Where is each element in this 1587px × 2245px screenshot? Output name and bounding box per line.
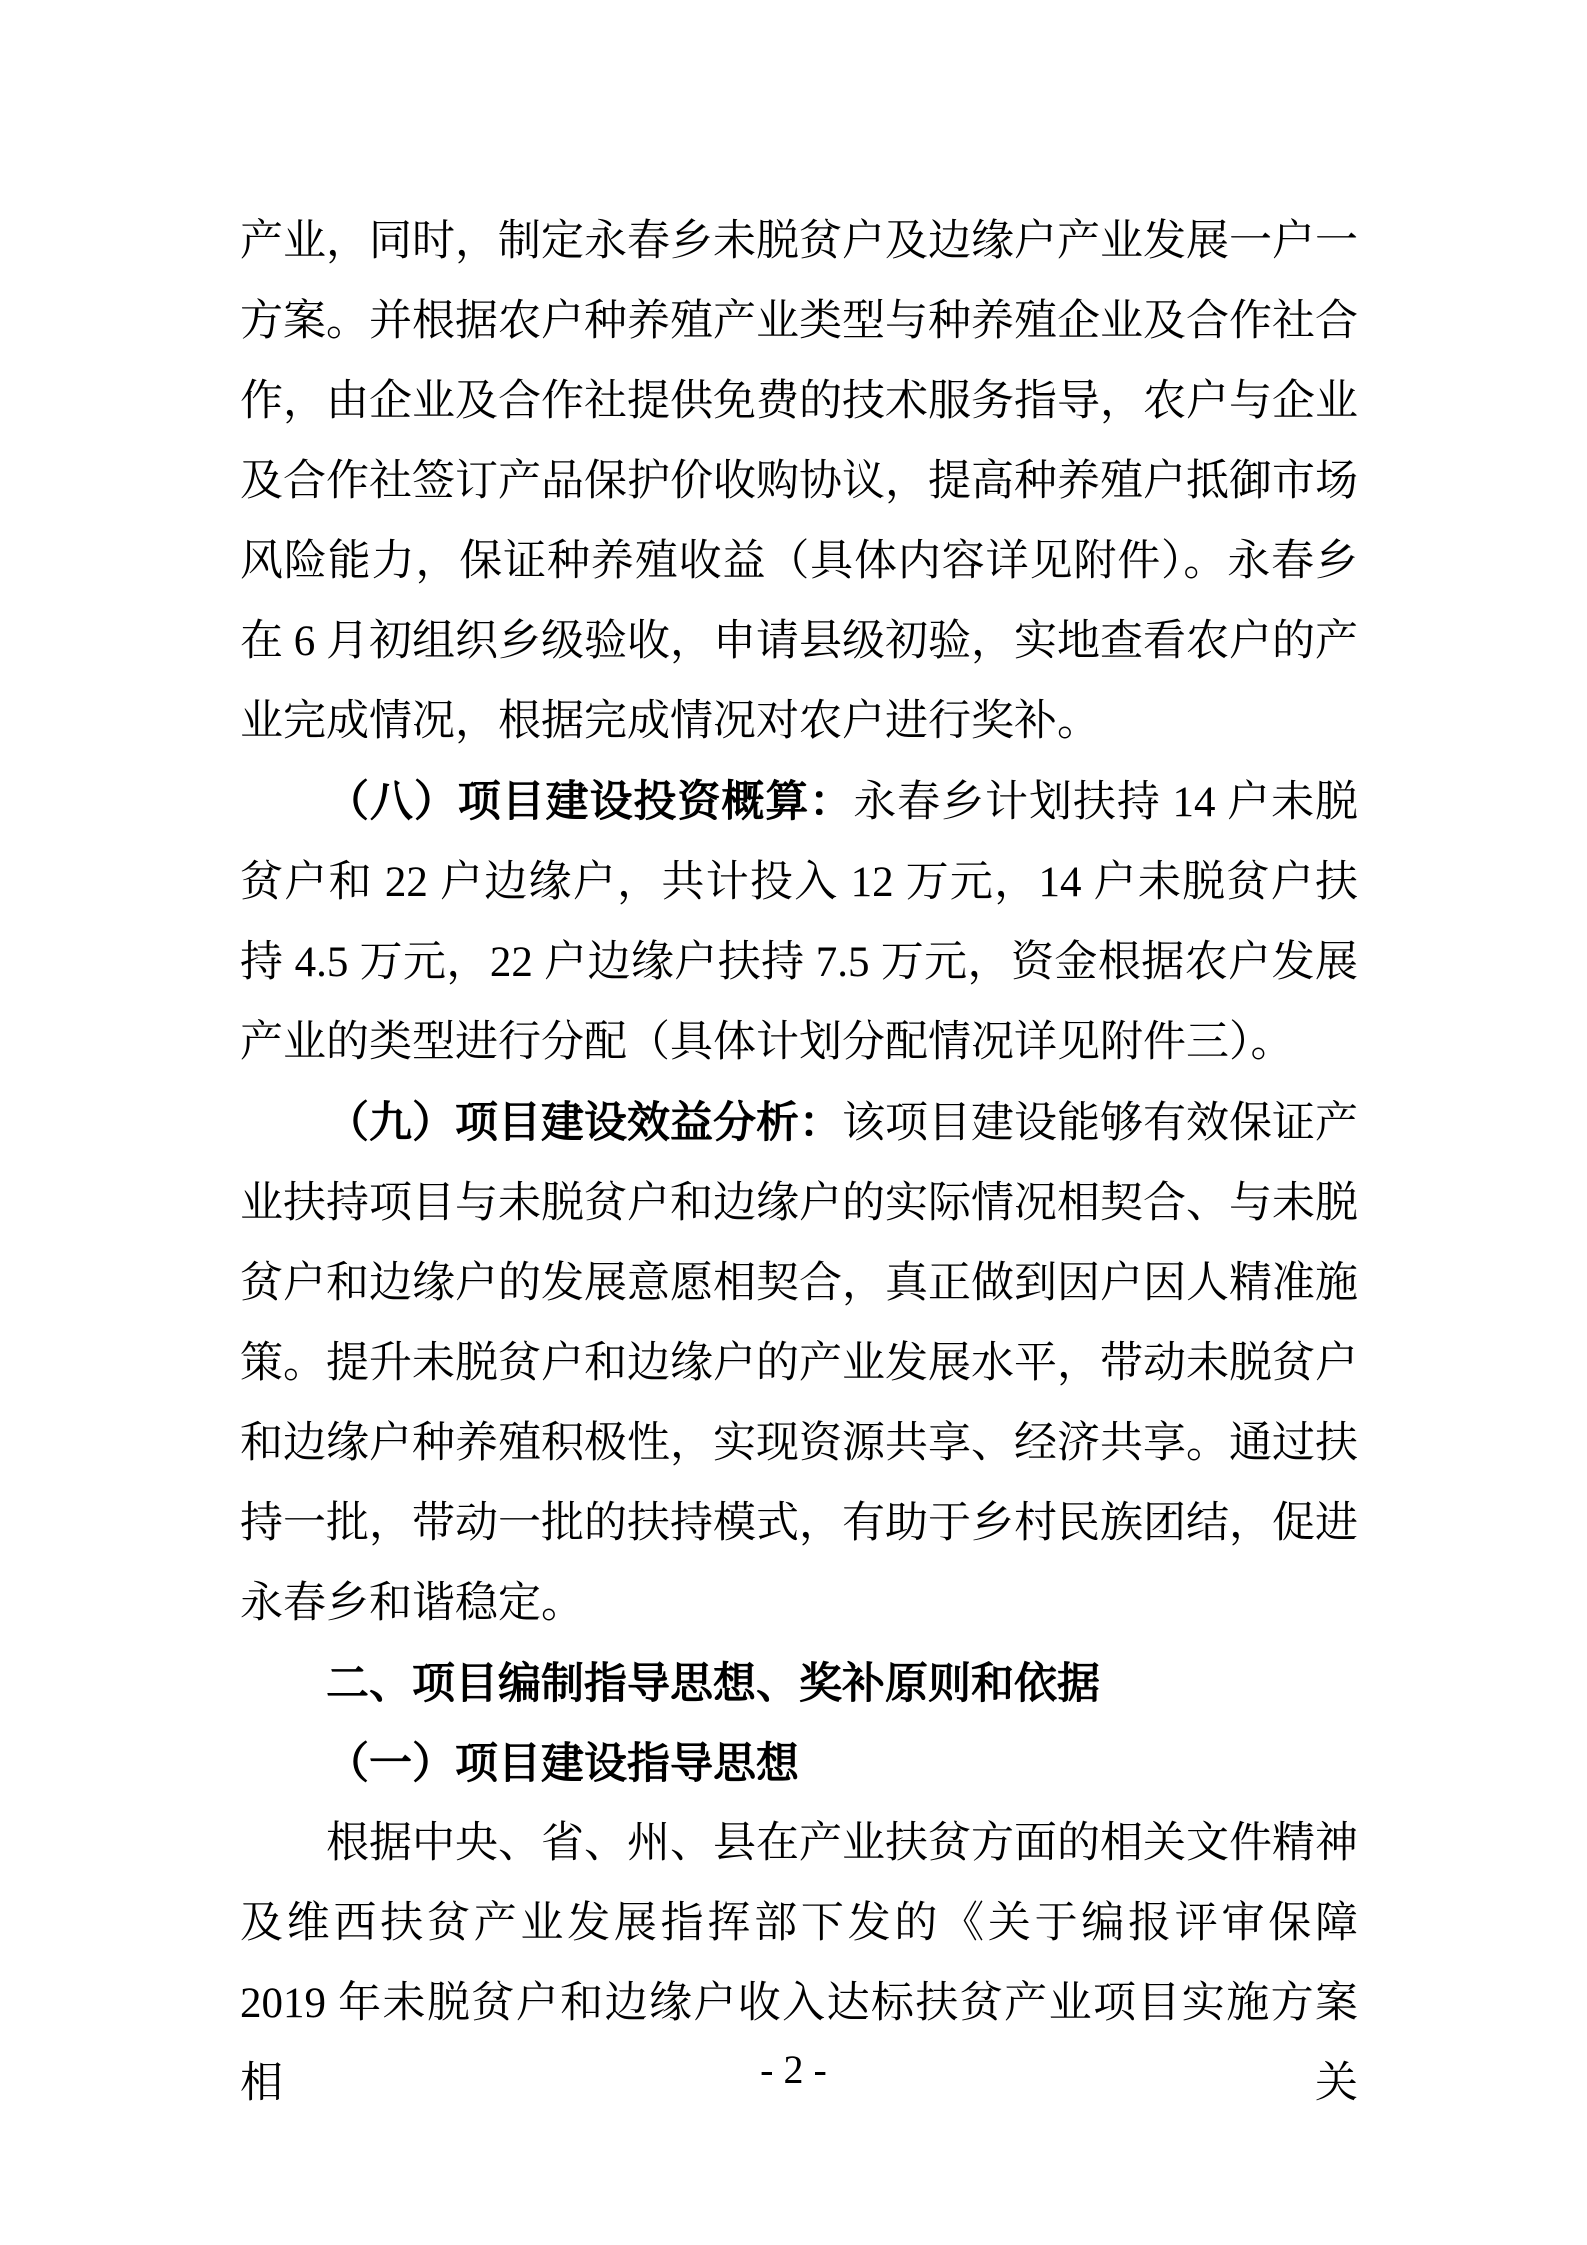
page-number: - 2 - xyxy=(0,2046,1587,2094)
section-9-text: 该项目建设能够有效保证产业扶持项目与未脱贫户和边缘户的实际情况相契合、与未脱贫户… xyxy=(240,1100,1358,1627)
heading-section-1-text: （一）项目建设指导思想 xyxy=(326,1740,799,1788)
section-8-heading: （八）项目建设投资概算： xyxy=(326,778,853,826)
heading-section-1: （一）项目建设指导思想 xyxy=(240,1724,1358,1804)
document-page: 产业，同时，制定永春乡未脱贫户及边缘户产业发展一户一方案。并根据农户种养殖产业类… xyxy=(0,0,1587,2245)
heading-part-2: 二、项目编制指导思想、奖补原则和依据 xyxy=(240,1644,1358,1724)
paragraph-continuation: 产业，同时，制定永春乡未脱贫户及边缘户产业发展一户一方案。并根据农户种养殖产业类… xyxy=(240,202,1358,762)
document-body: 产业，同时，制定永春乡未脱贫户及边缘户产业发展一户一方案。并根据农户种养殖产业类… xyxy=(240,202,1358,2124)
paragraph-section-8: （八）项目建设投资概算：永春乡计划扶持 14 户未脱贫户和 22 户边缘户，共计… xyxy=(240,762,1358,1083)
heading-part-2-text: 二、项目编制指导思想、奖补原则和依据 xyxy=(326,1660,1100,1708)
section-9-heading: （九）项目建设效益分析： xyxy=(326,1099,842,1147)
paragraph-continuation-text: 产业，同时，制定永春乡未脱贫户及边缘户产业发展一户一方案。并根据农户种养殖产业类… xyxy=(240,218,1358,745)
paragraph-section-9: （九）项目建设效益分析：该项目建设能够有效保证产业扶持项目与未脱贫户和边缘户的实… xyxy=(240,1083,1358,1644)
